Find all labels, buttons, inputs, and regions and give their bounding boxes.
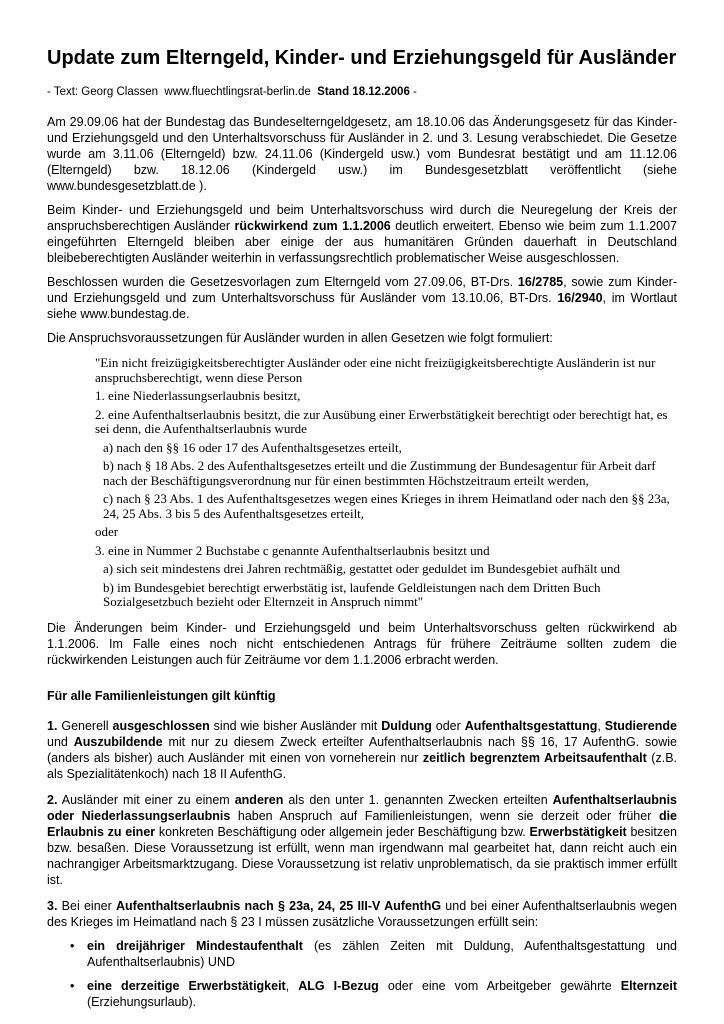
- bullet-item-1: • ein dreijähriger Mindestaufenthalt (es…: [47, 938, 677, 970]
- numbered-paragraph-2: 2. Ausländer mit einer zu einem anderen …: [47, 792, 677, 888]
- closing-paragraph: Die Änderungen beim Kinder- und Erziehun…: [47, 620, 677, 668]
- numbered-paragraph-3: 3. Bei einer Aufenthaltserlaubnis nach §…: [47, 898, 677, 930]
- bullet-icon: •: [70, 938, 87, 970]
- quote-item-2a: a) nach den §§ 16 oder 17 des Aufenthalt…: [95, 441, 677, 456]
- quote-item-1: 1. eine Niederlassungserlaubnis besitzt,: [95, 389, 677, 404]
- quote-item-3: 3. eine in Nummer 2 Buchstabe c genannte…: [95, 544, 677, 559]
- intro-paragraph-4: Die Anspruchsvoraussetzungen für Ausländ…: [47, 330, 677, 346]
- document-page: Update zum Elterngeld, Kinder- und Erzie…: [0, 0, 724, 1024]
- bullet-item-2: • eine derzeitige Erwerbstätigkeit, ALG …: [47, 978, 677, 1010]
- byline: - Text: Georg Classen www.fluechtlingsra…: [47, 85, 677, 100]
- quote-item-2: 2. eine Aufenthaltserlaubnis besitzt, di…: [95, 408, 677, 437]
- intro-paragraph-1: Am 29.09.06 hat der Bundestag das Bundes…: [47, 114, 677, 194]
- intro-paragraph-2: Beim Kinder- und Erziehungsgeld und beim…: [47, 202, 677, 266]
- quote-item-2b: b) nach § 18 Abs. 2 des Aufenthaltsgeset…: [95, 459, 677, 488]
- section-heading: Für alle Familienleistungen gilt künftig: [47, 688, 677, 704]
- law-quote-block: "Ein nicht freizügigkeitsberechtigter Au…: [47, 356, 677, 610]
- quote-intro: "Ein nicht freizügigkeitsberechtigter Au…: [95, 356, 677, 385]
- bullet-icon: •: [70, 978, 87, 1010]
- quote-item-3a: a) sich seit mindestens drei Jahren rech…: [95, 562, 677, 577]
- quote-item-2c: c) nach § 23 Abs. 1 des Aufenthaltsgeset…: [95, 492, 677, 521]
- bullet-text-1: ein dreijähriger Mindestaufenthalt (es z…: [87, 938, 677, 970]
- page-title: Update zum Elterngeld, Kinder- und Erzie…: [47, 46, 677, 70]
- intro-paragraph-3: Beschlossen wurden die Gesetzesvorlagen …: [47, 274, 677, 322]
- quote-connector: oder: [95, 525, 677, 540]
- quote-item-3b: b) im Bundesgebiet berechtigt erwerbstät…: [95, 581, 677, 610]
- bullet-text-2: eine derzeitige Erwerbstätigkeit, ALG I-…: [87, 978, 677, 1010]
- numbered-paragraph-1: 1. Generell ausgeschlossen sind wie bish…: [47, 718, 677, 782]
